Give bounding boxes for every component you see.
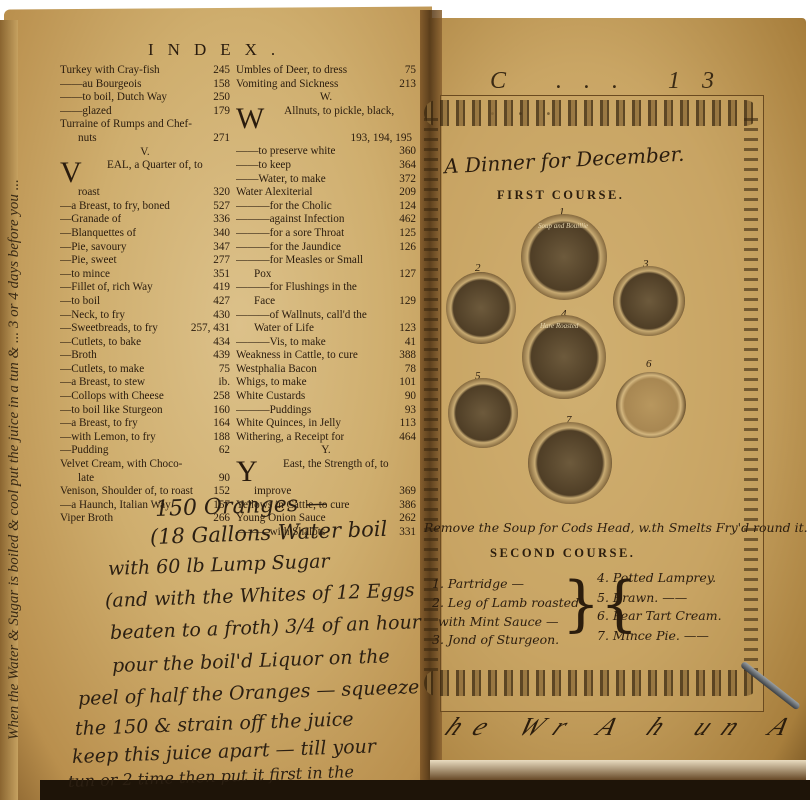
index-entry-text: —Pie, sweet [60, 254, 117, 268]
index-entry-label: —Granade of [60, 213, 121, 225]
index-page-number: ib. [215, 376, 231, 390]
index-page-number: 336 [209, 213, 230, 227]
index-page-number: 277 [209, 254, 230, 268]
index-page-number: 75 [401, 64, 416, 78]
index-page-number [226, 159, 230, 186]
second-course-item: 4. Potted Lamprey. [597, 570, 716, 585]
index-header: INDEX. [148, 40, 289, 60]
index-entry-label: Water Alexiterial [236, 186, 312, 198]
index-entry: —Neck, to fry430 [60, 309, 230, 323]
index-page-number: 78 [401, 363, 416, 377]
index-entry-text: White Custards [236, 390, 305, 404]
index-page-number: 427 [209, 295, 230, 309]
index-page-number [412, 254, 416, 268]
index-entry: VEAL, a Quarter of, to [60, 159, 230, 186]
index-entry: White Quinces, in Jelly113 [236, 417, 416, 431]
index-entry-text: Umbles of Deer, to dress [236, 64, 347, 78]
index-page-number [226, 458, 230, 472]
dish-6-plate [616, 372, 686, 438]
index-entry-text: Water Alexiterial [236, 186, 312, 200]
index-entry-text: Velvet Cream, with Choco- [60, 458, 182, 472]
index-entry-label: nuts [78, 132, 97, 144]
index-entry-text: ——au Bourgeois [60, 78, 142, 92]
index-entry: ———Vis, to make41 [236, 336, 416, 350]
index-entry-text: —Collops with Cheese [60, 390, 164, 404]
index-entry-label: —Broth [60, 349, 97, 361]
index-page-number: 258 [209, 390, 230, 404]
index-entry: —with Lemon, to fry188 [60, 431, 230, 445]
index-entry-label: —Cutlets, to bake [60, 336, 141, 348]
index-entry: —Collops with Cheese258 [60, 390, 230, 404]
index-entry-text: EAL, a Quarter of, to [107, 159, 203, 186]
index-page-number: 360 [395, 145, 416, 159]
index-entry-label: —Fillet of, rich Way [60, 281, 153, 293]
index-entry: Westphalia Bacon78 [236, 363, 416, 377]
index-entry: —Cutlets, to make75 [60, 363, 230, 377]
index-page-number [412, 132, 416, 146]
index-page-number: 62 [215, 444, 230, 458]
ornamental-border-left [424, 118, 438, 678]
index-entry-label: —to mince [60, 268, 110, 280]
index-page-number: 90 [215, 472, 230, 486]
index-entry-label: —a Breast, to stew [60, 376, 145, 388]
index-entry: —to boil like Sturgeon160 [60, 404, 230, 418]
index-entry-text: —with Lemon, to fry [60, 431, 156, 445]
index-entry-label: —Cutlets, to make [60, 363, 144, 375]
index-page-number: 75 [215, 363, 230, 377]
index-entry-label: ——to preserve white [236, 145, 335, 157]
index-page-number [226, 118, 230, 132]
index-column-right: Umbles of Deer, to dress75Vomiting and S… [236, 64, 416, 539]
index-entry-label: ——to boil, Dutch Way [60, 91, 167, 103]
index-entry: ———Puddings93 [236, 404, 416, 418]
index-entry-label: —to boil like Sturgeon [60, 404, 163, 416]
index-entry-label: ——au Bourgeois [60, 78, 142, 90]
index-entry-text: —Blanquettes of [60, 227, 136, 241]
ornamental-border-top [424, 100, 758, 126]
second-course-item: 7. Mince Pie. —— [597, 628, 709, 643]
index-entry-text: ———for Measles or Small [236, 254, 363, 268]
index-entry-text: ———Vis, to make [236, 336, 326, 350]
index-entry-text: —Broth [60, 349, 97, 363]
index-page-number: 245 [209, 64, 230, 78]
index-page-number: 257, 431 [187, 322, 230, 336]
second-course-heading: SECOND COURSE. [490, 546, 635, 561]
index-entry-text: —Cutlets, to make [60, 363, 144, 377]
index-entry: ———for a sore Throat125 [236, 227, 416, 241]
index-entry-label: Viper Broth [60, 512, 113, 524]
index-page-number: 129 [395, 295, 416, 309]
index-entry-label: —Pie, savoury [60, 241, 127, 253]
index-entry: Turkey with Cray-fish245 [60, 64, 230, 78]
index-page-number: 213 [395, 78, 416, 92]
index-entry: —a Breast, to fry164 [60, 417, 230, 431]
index-entry-label: ———against Infection [236, 213, 344, 225]
index-column-left: Turkey with Cray-fish245——au Bourgeois15… [60, 64, 230, 526]
index-entry: Turraine of Rumps and Chef- [60, 118, 230, 132]
index-entry-text: ———for the Jaundice [236, 241, 341, 255]
drop-cap: W [236, 106, 264, 132]
index-entry-label: ———for the Cholic [236, 200, 332, 212]
index-entry-text: —Pudding [60, 444, 109, 458]
index-page-number: 124 [395, 200, 416, 214]
index-entry-label: Face [254, 295, 275, 307]
index-page-number [412, 105, 416, 132]
index-entry-text: ——to preserve white [236, 145, 335, 159]
drop-cap: Y [236, 459, 258, 485]
index-page-number: 439 [209, 349, 230, 363]
index-entry-text: Pox [254, 268, 271, 282]
index-section-letter: Y. [236, 444, 416, 458]
index-entry-label: Whigs, to make [236, 376, 307, 388]
index-page-number: 160 [209, 404, 230, 418]
index-entry-label: White Quinces, in Jelly [236, 417, 341, 429]
index-entry-label: ———for Flushings in the [236, 281, 357, 293]
index-page-number: 127 [395, 268, 416, 282]
index-page-number: 158 [209, 78, 230, 92]
index-entry-label: ——glazed [60, 105, 112, 117]
index-entry: Weakness in Cattle, to cure388 [236, 349, 416, 363]
index-entry-label: Turraine of Rumps and Chef- [60, 118, 192, 130]
index-page-number [412, 309, 416, 323]
index-entry: —a Breast, to stewib. [60, 376, 230, 390]
index-entry-label: Umbles of Deer, to dress [236, 64, 347, 76]
dish-number: 6 [646, 358, 652, 370]
index-entry-label: Westphalia Bacon [236, 363, 317, 375]
index-entry-label: —Sweetbreads, to fry [60, 322, 158, 334]
index-entry: ——glazed179 [60, 105, 230, 119]
index-entry-text: Vomiting and Sickness [236, 78, 338, 92]
index-entry-text: —to boil [60, 295, 100, 309]
index-page-number: 113 [396, 417, 416, 431]
index-entry: —a Breast, to fry, boned527 [60, 200, 230, 214]
index-entry: Pox127 [236, 268, 416, 282]
index-entry-label: Withering, a Receipt for [236, 431, 344, 443]
index-entry-label: White Custards [236, 390, 305, 402]
index-entry: ——to keep364 [236, 159, 416, 173]
index-entry-label: —Pudding [60, 444, 109, 456]
index-entry-text: ———for a sore Throat [236, 227, 344, 241]
page-stack-edge [430, 760, 806, 782]
index-entry: Face129 [236, 295, 416, 309]
index-page-number: 434 [209, 336, 230, 350]
index-entry-text: Face [254, 295, 275, 309]
index-entry: White Custards90 [236, 390, 416, 404]
index-entry-text: Turraine of Rumps and Chef- [60, 118, 192, 132]
index-entry-text: —a Breast, to fry [60, 417, 138, 431]
index-entry-text: ——to boil, Dutch Way [60, 91, 167, 105]
index-page-number: 351 [209, 268, 230, 282]
dish-label: Soup and Bouillie [538, 222, 588, 230]
second-course-item: 5. Brawn. —— [597, 590, 687, 605]
index-entry: ——Water, to make372 [236, 173, 416, 187]
index-entry-text: Turkey with Cray-fish [60, 64, 160, 78]
dish-label: Hare Roasted [540, 322, 578, 330]
index-page-number: 340 [209, 227, 230, 241]
index-entry-text: —Pie, savoury [60, 241, 127, 255]
index-entry: ———for Measles or Small [236, 254, 416, 268]
index-page-number [412, 458, 416, 485]
index-page-number: 364 [395, 159, 416, 173]
index-entry-text: —a Breast, to fry, boned [60, 200, 170, 214]
dish-7-plate [528, 422, 612, 504]
index-entry-text: ———of Wallnuts, call'd the [236, 309, 367, 323]
index-entry-text: Allnuts, to pickle, black, [284, 105, 394, 132]
index-entry: ———for the Jaundice126 [236, 241, 416, 255]
index-page-number: 123 [395, 322, 416, 336]
remove-instruction: Remove the Soup for Cods Head, w.th Smel… [424, 520, 808, 535]
index-page-number: 372 [395, 173, 416, 187]
index-page-number: 126 [395, 241, 416, 255]
index-page-number: 164 [209, 417, 230, 431]
index-entry: ———for Flushings in the [236, 281, 416, 295]
index-page-number: 101 [395, 376, 416, 390]
index-entry-label: ———Vis, to make [236, 336, 326, 348]
index-entry-label: —Collops with Cheese [60, 390, 164, 402]
index-entry: —Fillet of, rich Way419 [60, 281, 230, 295]
index-entry: WAllnuts, to pickle, black, [236, 105, 416, 132]
index-entry-label: ——to keep [236, 159, 291, 171]
index-entry-label: ———Puddings [236, 404, 311, 416]
index-section-letter: V. [60, 146, 230, 160]
second-course-item: 6. Pear Tart Cream. [597, 608, 722, 623]
index-entry-label: ———for Measles or Small [236, 254, 363, 266]
ornamental-border-right [744, 118, 758, 678]
index-entry-label: East, the Strength of, to [283, 458, 389, 470]
index-page-number: 179 [209, 105, 230, 119]
dish-3-plate [613, 266, 685, 336]
index-entry-text: —to mince [60, 268, 110, 282]
index-entry-label: Turkey with Cray-fish [60, 64, 160, 76]
index-entry: —Granade of336 [60, 213, 230, 227]
index-page-number: 331 [395, 526, 416, 540]
index-entry-text: Westphalia Bacon [236, 363, 317, 377]
index-entry-text: —Sweetbreads, to fry [60, 322, 158, 336]
index-entry-text: 193, 194, 195 [350, 132, 412, 146]
index-entry: Water Alexiterial209 [236, 186, 416, 200]
second-course-item: 3. Jond of Sturgeon. [432, 632, 559, 647]
index-page-number: 250 [209, 91, 230, 105]
index-entry-text: —Fillet of, rich Way [60, 281, 153, 295]
index-entry-text: roast [78, 186, 100, 200]
index-entry: —Blanquettes of340 [60, 227, 230, 241]
index-entry-text: ——glazed [60, 105, 112, 119]
index-entry-label: EAL, a Quarter of, to [107, 159, 203, 171]
margin-note: When the Water & Sugar is boiled & cool … [6, 179, 23, 740]
index-page-number: 125 [395, 227, 416, 241]
index-entry-text: ———for the Cholic [236, 200, 332, 214]
index-entry: ———of Wallnuts, call'd the [236, 309, 416, 323]
index-entry-label: ———of Wallnuts, call'd the [236, 309, 367, 321]
index-page-number: 464 [395, 431, 416, 445]
index-page-number: 462 [395, 213, 416, 227]
second-course-item: with Mint Sauce — [438, 614, 559, 629]
index-entry: —Pie, sweet277 [60, 254, 230, 268]
index-entry-text: late [78, 472, 94, 486]
index-entry: late90 [60, 472, 230, 486]
index-entry-label: Velvet Cream, with Choco- [60, 458, 182, 470]
index-page-number: 271 [209, 132, 230, 146]
index-entry: —Cutlets, to bake434 [60, 336, 230, 350]
index-entry-text: —Cutlets, to bake [60, 336, 141, 350]
index-entry: ———for the Cholic124 [236, 200, 416, 214]
index-entry-text: Whigs, to make [236, 376, 307, 390]
index-entry: —to mince351 [60, 268, 230, 282]
index-entry-text: White Quinces, in Jelly [236, 417, 341, 431]
index-entry-label: —Neck, to fry [60, 309, 125, 321]
index-entry-text: East, the Strength of, to [283, 458, 389, 485]
open-book: INDEX. Turkey with Cray-fish245——au Bour… [0, 0, 810, 800]
index-entry: —Pie, savoury347 [60, 241, 230, 255]
index-entry-text: nuts [78, 132, 97, 146]
index-entry-label: Allnuts, to pickle, black, [284, 105, 394, 117]
index-entry-label: —with Lemon, to fry [60, 431, 156, 443]
index-page-number: 419 [209, 281, 230, 295]
index-entry-text: —Granade of [60, 213, 121, 227]
index-entry: Withering, a Receipt for464 [236, 431, 416, 445]
index-entry: ———against Infection462 [236, 213, 416, 227]
handwritten-leaf-script: he Wr A h un A [439, 712, 809, 742]
index-entry: Velvet Cream, with Choco- [60, 458, 230, 472]
index-page-number: 386 [395, 499, 416, 513]
index-entry-label: roast [78, 186, 100, 198]
index-entry-text: —to boil like Sturgeon [60, 404, 163, 418]
index-entry-text: ———for Flushings in the [236, 281, 357, 295]
index-entry-text: ———Puddings [236, 404, 311, 418]
index-page-number: 430 [209, 309, 230, 323]
index-entry: roast320 [60, 186, 230, 200]
index-page-number: 320 [209, 186, 230, 200]
second-course-item: 1. Partridge — [432, 576, 524, 591]
index-entry: Vomiting and Sickness213 [236, 78, 416, 92]
index-entry-label: Water of Life [254, 322, 314, 334]
index-page-number: 93 [401, 404, 416, 418]
index-page-number: 347 [209, 241, 230, 255]
index-entry-text: ——to keep [236, 159, 291, 173]
index-entry: —to boil427 [60, 295, 230, 309]
first-course-heading: FIRST COURSE. [497, 188, 624, 203]
index-entry: Umbles of Deer, to dress75 [236, 64, 416, 78]
index-entry: nuts271 [60, 132, 230, 146]
index-entry-text: Water of Life [254, 322, 314, 336]
index-entry-label: ———for the Jaundice [236, 241, 341, 253]
index-page-number: 388 [395, 349, 416, 363]
index-entry: Water of Life123 [236, 322, 416, 336]
index-entry-label: ———for a sore Throat [236, 227, 344, 239]
index-entry: ——to boil, Dutch Way250 [60, 91, 230, 105]
index-page-number: 369 [395, 485, 416, 499]
index-entry-label: Weakness in Cattle, to cure [236, 349, 358, 361]
index-page-number: 527 [209, 200, 230, 214]
dish-5-plate [448, 378, 518, 448]
index-entry-label: Vomiting and Sickness [236, 78, 338, 90]
index-entry: —Pudding62 [60, 444, 230, 458]
index-entry-label: —to boil [60, 295, 100, 307]
index-entry-text: Withering, a Receipt for [236, 431, 344, 445]
index-entry-text: ——Water, to make [236, 173, 326, 187]
ornamental-border-bottom [424, 670, 758, 696]
index-page-number [412, 281, 416, 295]
index-entry-label: —a Breast, to fry [60, 417, 138, 429]
index-entry-label: —Blanquettes of [60, 227, 136, 239]
index-entry-text: —a Breast, to stew [60, 376, 145, 390]
index-entry: ——au Bourgeois158 [60, 78, 230, 92]
index-entry-text: ———against Infection [236, 213, 344, 227]
index-entry: Whigs, to make101 [236, 376, 416, 390]
index-entry-label: ——Water, to make [236, 173, 326, 185]
index-entry-text: Weakness in Cattle, to cure [236, 349, 358, 363]
index-page-number: 262 [395, 512, 416, 526]
index-entry-label: —a Breast, to fry, boned [60, 200, 170, 212]
index-entry-label: late [78, 472, 94, 484]
index-entry: ——to preserve white360 [236, 145, 416, 159]
index-page-number: 90 [401, 390, 416, 404]
second-course-item: 2. Leg of Lamb roasted [432, 595, 579, 610]
index-page-number: 41 [401, 336, 416, 350]
index-entry: YEast, the Strength of, to [236, 458, 416, 485]
index-page-number: 188 [209, 431, 230, 445]
index-entry-text: —Neck, to fry [60, 309, 125, 323]
index-entry: —Sweetbreads, to fry257, 431 [60, 322, 230, 336]
index-entry-label: 193, 194, 195 [350, 132, 412, 144]
index-page-number: 209 [395, 186, 416, 200]
index-entry-label: —Pie, sweet [60, 254, 117, 266]
index-entry: —Broth439 [60, 349, 230, 363]
drop-cap: V [60, 160, 82, 186]
dish-2-plate [446, 272, 516, 344]
index-entry-label: Pox [254, 268, 271, 280]
index-entry-text: Viper Broth [60, 512, 113, 526]
